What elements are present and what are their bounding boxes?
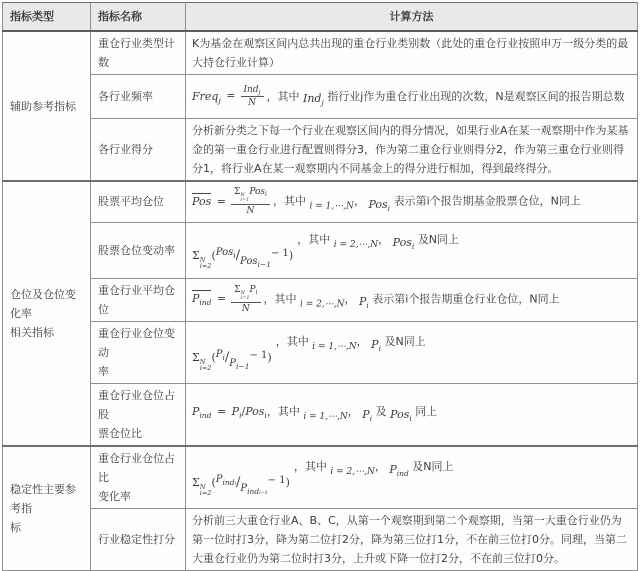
math-var: Pos	[192, 195, 211, 208]
method-cell-avg-industry-position: Pind =ΣNi=1PiN，其中 i = 2,⋯,N， Pi 表示第i个报告期…	[186, 278, 638, 321]
col-header-calc-method: 计算方法	[186, 3, 638, 32]
math-sub: i	[388, 204, 390, 213]
formula-industry-position-change: ΣNi=2(Pi/Pi−1− 1) ，其中 i = 1,⋯,N， Pi 及N同上	[192, 332, 631, 373]
formula-description-block: ，其中 i = 1,⋯,N， Pi 及N同上	[276, 332, 426, 357]
math-minus-one: − 1	[249, 350, 267, 361]
method-cell-stock-position-change: ΣNi=2(Posi/Posi−1− 1) ，其中 i = 2,⋯,N， Pos…	[186, 222, 638, 278]
math-equals: =	[226, 89, 235, 102]
formula-industry-ratio: Pind = Pi/Posi，其中 i = 1,⋯,N， Pi 及 Posi 同…	[192, 402, 631, 427]
name-cell-industry-ratio: 重仓行业仓位占股 票仓位比	[91, 383, 186, 446]
col-header-indicator-name: 指标名称	[91, 3, 186, 32]
method-cell-avg-stock-position: Pos =ΣNi=1PosiN，其中 i = 1,⋯,N， Posi 表示第i个…	[186, 181, 638, 222]
math-sub: j	[218, 95, 220, 104]
slant-numerator: Posi	[216, 247, 236, 258]
formula-comma: ，	[378, 233, 389, 246]
formula-connector: ，其中	[294, 460, 327, 473]
name-cell-industry-position-change: 重仓行业仓位变动 率	[91, 321, 186, 383]
formula-description: 指行业j作为重仓行业出现的次数，N是观察区间的报告期总数	[327, 89, 624, 102]
indicator-table-container: 指标类型 指标名称 计算方法 辅助参考指标 重仓行业类型计数 K为基金在观察区间…	[2, 2, 638, 571]
method-text: 分析新分类之下每一个行业在观察区间内的得分情况，如果行业A在某一观察期中作为某基…	[192, 121, 631, 178]
method-cell-industry-ratio: Pind = Pi/Posi，其中 i = 1,⋯,N， Pi 及 Posi 同…	[186, 383, 638, 446]
formula-avg-industry-position: Pind =ΣNi=1PiN，其中 i = 2,⋯,N， Pi 表示第i个报告期…	[192, 285, 631, 315]
math-fraction: ΣNi=1PosiN	[231, 187, 270, 216]
method-text: 分析前三大重仓行业A、B、C，从第一个观察期到第二个观察期，当第一大重仓行业仍为…	[192, 511, 631, 568]
math-var: N	[248, 98, 256, 108]
math-sub: i	[256, 289, 258, 296]
slant-numerator: Pindᵢ	[216, 474, 236, 485]
formula-stock-position-change: ΣNi=2(Posi/Posi−1− 1) ，其中 i = 2,⋯,N， Pos…	[192, 230, 631, 271]
math-sub: j	[321, 98, 323, 107]
formula-comma: ，	[375, 460, 386, 473]
sigma-sum-icon: ΣNi=1	[234, 187, 249, 197]
math-index-range: i = 2,⋯,N	[300, 299, 344, 309]
sum-limits: Ni=1	[240, 193, 249, 203]
sum-limits: Ni=2	[200, 257, 212, 270]
name-cell-frequency: 各行业频率	[91, 75, 186, 119]
math-fraction: IndjN	[241, 85, 264, 109]
math-paren: )	[267, 351, 271, 364]
math-sub: ind	[199, 298, 211, 307]
math-sub: i	[265, 191, 267, 198]
math-var-group: Pi	[362, 408, 372, 421]
formula-comma: ，	[357, 335, 368, 348]
sum-limits: Ni=1	[241, 291, 250, 301]
math-index-range: i = 1,⋯,N	[303, 412, 347, 422]
math-index-range: i = 2,⋯,N	[334, 240, 378, 250]
math-sum-expression: ΣNi=2(Pi/Pi−1− 1)	[192, 332, 272, 373]
name-cell-avg-stock-position: 股票平均仓位	[91, 181, 186, 222]
math-paren: )	[289, 249, 293, 262]
math-sum-expression: ΣNi=2(Posi/Posi−1− 1)	[192, 230, 293, 271]
math-var: Ind	[244, 85, 259, 95]
formula-comma: ，	[354, 195, 365, 208]
math-sum-expression: ΣNi=2(Pindᵢ/Pindᵢ₋₁− 1)	[192, 457, 290, 498]
sum-limits: Ni=2	[200, 359, 212, 372]
math-var-group: Posi	[393, 236, 415, 249]
formula-ratio-change: ΣNi=2(Pindᵢ/Pindᵢ₋₁− 1) ，其中 i = 2,⋯,N， P…	[192, 457, 631, 498]
math-var-group: Posi	[368, 198, 390, 211]
sigma-sum-icon: ΣNi=1	[234, 285, 249, 295]
math-overline-var: Pos	[192, 193, 211, 208]
math-sub: j	[259, 89, 261, 96]
math-var: N	[242, 304, 250, 314]
method-cell-stability-score: 分析前三大重仓行业A、B、C，从第一个观察期到第二个观察期，当第一大重仓行业仍为…	[186, 508, 638, 570]
name-cell-type-count: 重仓行业类型计数	[91, 31, 186, 75]
math-paren: )	[286, 476, 290, 489]
formula-connector: ，其中	[264, 292, 297, 305]
slant-numerator: Pi	[216, 349, 225, 360]
fraction-numerator: ΣNi=1Pi	[231, 285, 260, 302]
method-cell-frequency: Freqj =IndjN，其中 Indj 指行业j作为重仓行业出现的次数，N是观…	[186, 75, 638, 119]
math-index-range: i = 1,⋯,N	[309, 202, 353, 212]
math-equals: =	[217, 405, 226, 418]
method-cell-ratio-change: ΣNi=2(Pindᵢ/Pindᵢ₋₁− 1) ，其中 i = 2,⋯,N， P…	[186, 446, 638, 509]
math-overline-var: Pind	[192, 290, 211, 305]
math-index-range: i = 2,⋯,N	[330, 467, 374, 477]
formula-description: 及N同上	[412, 460, 453, 473]
fraction-numerator: ΣNi=1Posi	[231, 187, 270, 204]
fraction-denominator: N	[231, 204, 270, 216]
fraction-numerator: Indj	[241, 85, 264, 96]
math-equals: =	[217, 292, 226, 305]
formula-connector: ，其中	[267, 89, 300, 102]
math-var-group: Indj	[303, 92, 324, 105]
group-cell-position-change: 仓位及仓位变化率 相关指标	[3, 181, 91, 446]
formula-description-block: ，其中 i = 2,⋯,N， Posi 及N同上	[297, 230, 459, 255]
name-cell-stock-position-change: 股票仓位变动率	[91, 222, 186, 278]
slant-denominator: Pi−1	[229, 358, 249, 369]
formula-connector: 及	[376, 405, 387, 418]
sigma-sum-icon: ΣNi=2	[192, 476, 211, 489]
indicator-table: 指标类型 指标名称 计算方法 辅助参考指标 重仓行业类型计数 K为基金在观察区间…	[2, 2, 638, 571]
math-var-group: Pi	[371, 338, 381, 351]
math-equals: =	[217, 195, 226, 208]
formula-connector: ，其中	[276, 335, 309, 348]
math-var: Pos	[249, 187, 265, 197]
slant-denominator: Posi−1	[240, 256, 271, 267]
formula-description: 及N同上	[384, 335, 425, 348]
formula-comma: ，	[348, 405, 359, 418]
math-index-range: i = 1,⋯,N	[312, 342, 356, 352]
math-var: P	[232, 405, 239, 418]
name-cell-score: 各行业得分	[91, 119, 186, 182]
sigma-sum-icon: ΣNi=2	[192, 249, 211, 262]
fraction-denominator: N	[231, 302, 260, 314]
formula-description-block: ，其中 i = 2,⋯,N， Pind 及N同上	[294, 457, 454, 482]
math-var-group: Posi	[390, 408, 412, 421]
math-var-group: Pind	[389, 463, 408, 476]
formula-avg-stock-position: Pos =ΣNi=1PosiN，其中 i = 1,⋯,N， Posi 表示第i个…	[192, 187, 631, 217]
formula-connector: ，其中	[297, 233, 330, 246]
formula-connector: ，其中	[267, 405, 300, 418]
formula-connector: ，其中	[273, 195, 306, 208]
formula-description: 及N同上	[418, 233, 459, 246]
math-var: Ind	[303, 92, 321, 105]
math-sub: ind	[199, 411, 211, 420]
sum-limits: Ni=2	[200, 484, 212, 497]
col-header-indicator-type: 指标类型	[3, 3, 91, 32]
math-var: N	[247, 206, 255, 216]
math-var: Freq	[192, 89, 218, 102]
formula-description: 表示第i个报告期重仓行业仓位，N同上	[372, 292, 559, 305]
formula-frequency: Freqj =IndjN，其中 Indj 指行业j作为重仓行业出现的次数，N是观…	[192, 85, 631, 109]
method-cell-score: 分析新分类之下每一个行业在观察区间内的得分情况，如果行业A在某一观察期中作为某基…	[186, 119, 638, 182]
formula-description: 同上	[415, 405, 437, 418]
method-cell-industry-position-change: ΣNi=2(Pi/Pi−1− 1) ，其中 i = 1,⋯,N， Pi 及N同上	[186, 321, 638, 383]
method-text: K为基金在观察区间内总共出现的重仓行业类别数（此处的重仓行业按照申万一级分类的最…	[192, 34, 631, 72]
name-cell-ratio-change: 重仓行业仓位占比 变化率	[91, 446, 186, 509]
name-cell-stability-score: 行业稳定性打分	[91, 508, 186, 570]
math-minus-one: − 1	[271, 248, 289, 259]
group-cell-stability: 稳定性主要参考指 标	[3, 446, 91, 571]
math-minus-one: − 1	[268, 475, 286, 486]
fraction-denominator: N	[241, 96, 264, 108]
math-var-group: Pi	[359, 295, 369, 308]
method-cell-type-count: K为基金在观察区间内总共出现的重仓行业类别数（此处的重仓行业按照申万一级分类的最…	[186, 31, 638, 75]
formula-description: 表示第i个报告期基金股票仓位，N同上	[394, 195, 581, 208]
math-fraction: ΣNi=1PiN	[231, 285, 260, 314]
slant-denominator: Pindᵢ₋₁	[240, 483, 267, 494]
group-cell-auxiliary: 辅助参考指标	[3, 31, 91, 181]
formula-comma: ，	[344, 292, 355, 305]
sigma-sum-icon: ΣNi=2	[192, 351, 211, 364]
name-cell-avg-industry-position: 重仓行业平均仓位	[91, 278, 186, 321]
math-var: Pos	[245, 405, 264, 418]
math-var: Pos	[368, 198, 387, 211]
